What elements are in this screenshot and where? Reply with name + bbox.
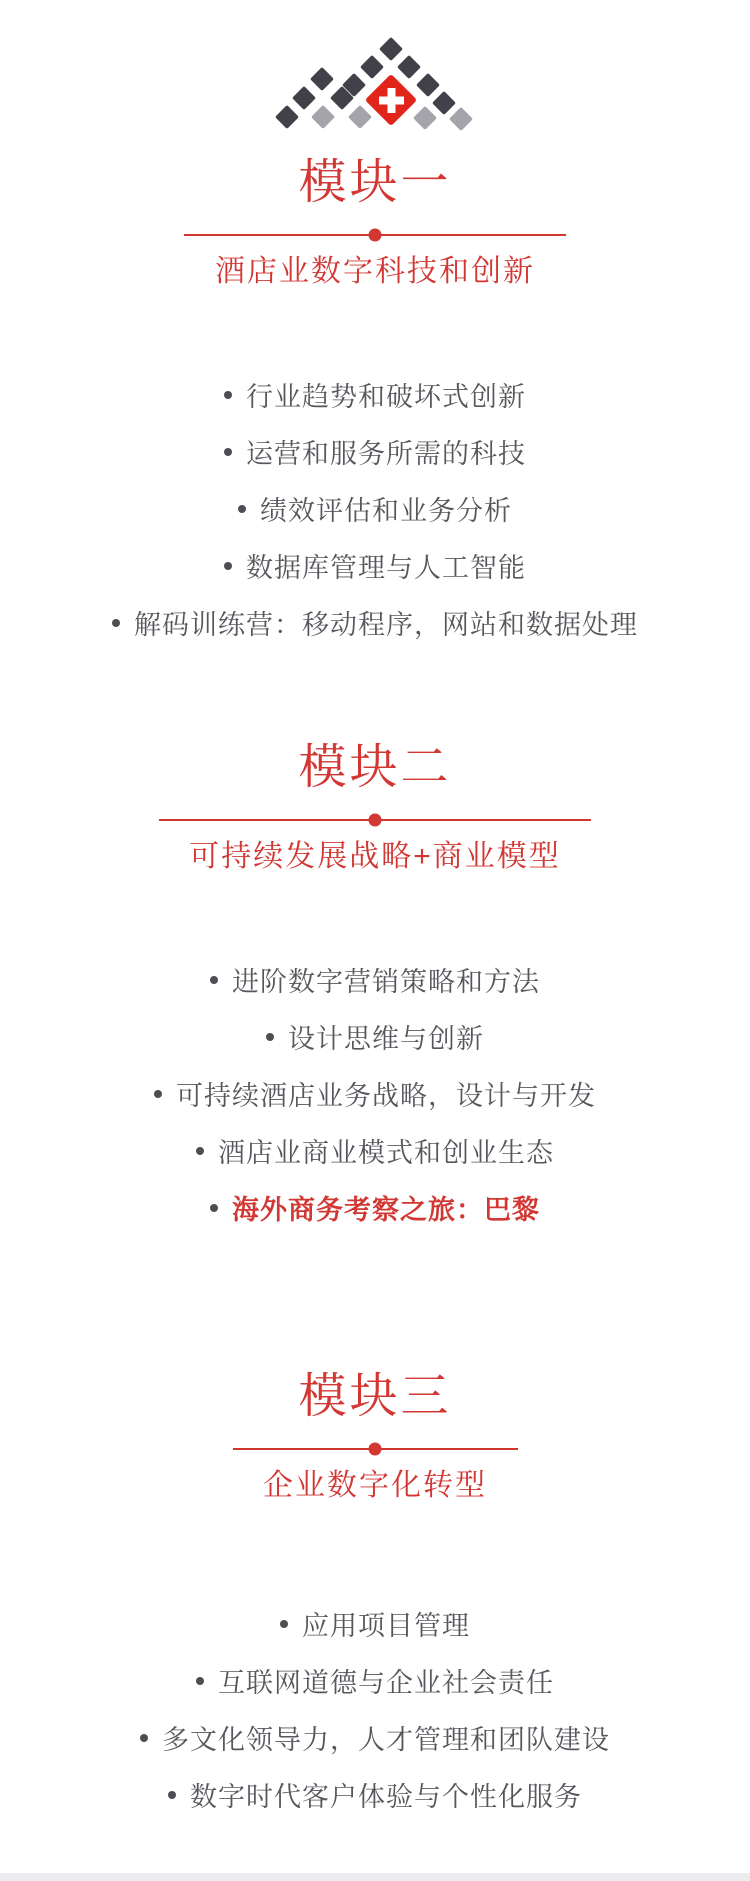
module-1-subtitle: 酒店业数字科技和创新: [0, 252, 750, 291]
diamond: [360, 55, 384, 79]
bullet-item: 进阶数字营销策略和方法: [0, 951, 750, 1008]
bullet-text: 设计思维与创新: [288, 1017, 484, 1056]
bullet-dot-icon: [196, 1677, 204, 1685]
bullet-dot-icon: [140, 1734, 148, 1742]
bullet-item: 数字时代客户体验与个性化服务: [0, 1766, 750, 1823]
course-modules-poster: 模块一 酒店业数字科技和创新 行业趋势和破坏式创新 运营和服务所需的科技 绩效评…: [0, 0, 750, 1881]
bullet-item: 行业趋势和破坏式创新: [0, 366, 750, 423]
bullet-item: 酒店业商业模式和创业生态: [0, 1122, 750, 1179]
bullet-item: 多文化领导力，人才管理和团队建设: [0, 1709, 750, 1766]
diamond: [432, 91, 456, 115]
diamond: [449, 107, 473, 131]
module-2-section: 模块二 可持续发展战略+商业模型 进阶数字营销策略和方法 设计思维与创新 可持续…: [0, 739, 750, 1236]
diamond: [311, 105, 335, 129]
bullet-dot-icon: [224, 391, 232, 399]
bullet-dot-icon: [154, 1090, 162, 1098]
bullet-item: 设计思维与创新: [0, 1008, 750, 1065]
diamond: [413, 106, 437, 130]
bullet-text: 可持续酒店业务战略，设计与开发: [176, 1074, 596, 1113]
bullet-dot-icon: [210, 976, 218, 984]
bullet-text: 解码训练营：移动程序，网站和数据处理: [134, 603, 638, 642]
bullet-text: 进阶数字营销策略和方法: [232, 960, 540, 999]
divider-dot-icon: [369, 229, 382, 242]
module-1-divider: [184, 228, 566, 242]
bullet-dot-icon: [266, 1033, 274, 1041]
bullet-dot-icon: [196, 1147, 204, 1155]
divider-dot-icon: [369, 814, 382, 827]
module-2-divider: [159, 813, 591, 827]
module-1-title: 模块一: [0, 154, 750, 212]
bullet-dot-icon: [210, 1204, 218, 1212]
bullet-text: 数字时代客户体验与个性化服务: [190, 1775, 582, 1814]
diamond: [275, 105, 299, 129]
bottom-edge: [0, 1873, 750, 1881]
bullet-dot-icon: [112, 619, 120, 627]
bullet-text: 行业趋势和破坏式创新: [246, 375, 526, 414]
bullet-item: 解码训练营：移动程序，网站和数据处理: [0, 594, 750, 651]
module-3-section: 模块三 企业数字化转型 应用项目管理 互联网道德与企业社会责任 多文化领导力，人…: [0, 1368, 750, 1823]
bullet-item: 运营和服务所需的科技: [0, 423, 750, 480]
diamond: [397, 55, 421, 79]
bullet-text: 数据库管理与人工智能: [246, 546, 526, 585]
module-1-section: 模块一 酒店业数字科技和创新 行业趋势和破坏式创新 运营和服务所需的科技 绩效评…: [0, 154, 750, 651]
diamond: [310, 67, 334, 91]
module-3-subtitle: 企业数字化转型: [0, 1466, 750, 1505]
bullet-dot-icon: [224, 562, 232, 570]
bullet-dot-icon: [280, 1620, 288, 1628]
bullet-text: 应用项目管理: [302, 1604, 470, 1643]
diamond: [379, 37, 403, 61]
diamond: [416, 73, 440, 97]
bullet-text: 海外商务考察之旅：巴黎: [232, 1188, 540, 1227]
module-2-bullet-list: 进阶数字营销策略和方法 设计思维与创新 可持续酒店业务战略，设计与开发 酒店业商…: [0, 951, 750, 1236]
bullet-dot-icon: [224, 448, 232, 456]
bullet-text: 酒店业商业模式和创业生态: [218, 1131, 554, 1170]
module-3-title: 模块三: [0, 1368, 750, 1426]
bullet-item: 绩效评估和业务分析: [0, 480, 750, 537]
bullet-item-highlight: 海外商务考察之旅：巴黎: [0, 1179, 750, 1236]
divider-dot-icon: [369, 1443, 382, 1456]
module-3-divider: [233, 1442, 518, 1456]
bullet-text: 互联网道德与企业社会责任: [218, 1661, 554, 1700]
bullet-item: 应用项目管理: [0, 1595, 750, 1652]
bullet-text: 运营和服务所需的科技: [246, 432, 526, 471]
module-2-subtitle: 可持续发展战略+商业模型: [0, 837, 750, 876]
diamond: [292, 86, 316, 110]
module-2-title: 模块二: [0, 739, 750, 797]
diamond: [348, 105, 372, 129]
bullet-item: 互联网道德与企业社会责任: [0, 1652, 750, 1709]
bullet-text: 多文化领导力，人才管理和团队建设: [162, 1718, 610, 1757]
bullet-item: 可持续酒店业务战略，设计与开发: [0, 1065, 750, 1122]
bullet-dot-icon: [238, 505, 246, 513]
swiss-diamond-mountain-logo: [275, 30, 475, 130]
bullet-text: 绩效评估和业务分析: [260, 489, 512, 528]
module-1-bullet-list: 行业趋势和破坏式创新 运营和服务所需的科技 绩效评估和业务分析 数据库管理与人工…: [0, 366, 750, 651]
bullet-dot-icon: [168, 1791, 176, 1799]
module-3-bullet-list: 应用项目管理 互联网道德与企业社会责任 多文化领导力，人才管理和团队建设 数字时…: [0, 1595, 750, 1823]
bullet-item: 数据库管理与人工智能: [0, 537, 750, 594]
swiss-cross-icon: [365, 74, 417, 126]
